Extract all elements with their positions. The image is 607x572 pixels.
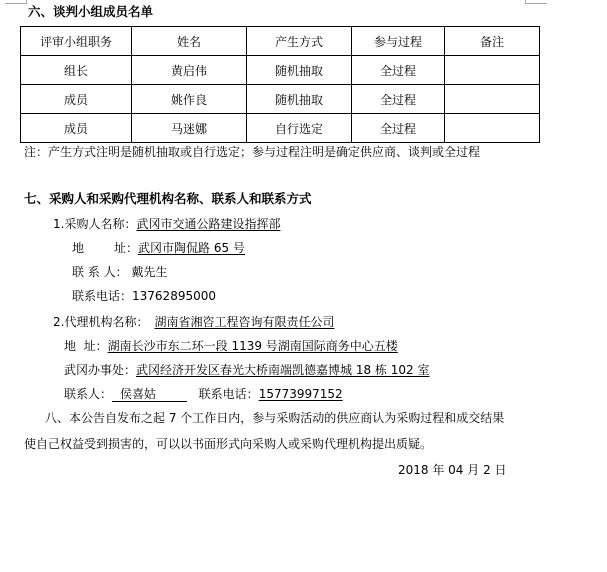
header-selection-method: 产生方式 [247, 27, 352, 56]
cell-name: 马迷娜 [132, 114, 247, 143]
purchaser-address-value: 武冈市陶侃路 65 号 [138, 241, 245, 255]
cell-participation: 全过程 [352, 85, 445, 114]
section-7-title: 七、采购人和采购代理机构名称、联系人和联系方式 [24, 189, 312, 207]
page-corner-mark-right [525, 0, 547, 4]
agency-name-line: 2.代理机构名称：湖南省湘咨工程咨询有限责任公司 [53, 314, 334, 330]
purchaser-address-label-b: 址： [114, 241, 138, 255]
agency-address-line: 地 址：湖南长沙市东二环一段 1139 号湖南国际商务中心五楼 [64, 338, 398, 354]
announcement-date: 2018 年 04 月 2 日 [398, 462, 507, 478]
purchaser-name-line: 1.采购人名称：武冈市交通公路建设指挥部 [53, 216, 280, 232]
agency-address-value: 湖南长沙市东二环一段 1139 号湖南国际商务中心五楼 [108, 339, 398, 353]
page-corner-mark-left [5, 0, 27, 4]
header-name: 姓名 [132, 27, 247, 56]
purchaser-phone-label: 联系电话： [72, 289, 132, 303]
panel-members-table: 评审小组职务 姓名 产生方式 参与过程 备注 组长 黄启伟 随机抽取 全过程 成… [20, 26, 540, 143]
agency-contact-line: 联系人：侯喜姑 联系电话：15773997152 [64, 386, 343, 402]
section-8-line-1: 八、本公告自发布之起 7 个工作日内，参与采购活动的供应商认为采购过程和成交结果 [45, 410, 504, 426]
cell-name: 黄启伟 [132, 56, 247, 85]
cell-role: 组长 [21, 56, 132, 85]
agency-office-line: 武冈办事处：武冈经济开发区春光大桥南端凯德嘉博城 18 栋 102 室 [64, 362, 435, 378]
agency-office-value: 武冈经济开发区春光大桥南端凯德嘉博城 18 栋 102 室 [136, 363, 435, 377]
table-row: 组长 黄启伟 随机抽取 全过程 [21, 56, 540, 85]
cell-remarks [445, 85, 540, 114]
header-role: 评审小组职务 [21, 27, 132, 56]
cell-name: 姚作良 [132, 85, 247, 114]
purchaser-address-label-a: 地 [72, 241, 84, 255]
section-6-title: 六、谈判小组成员名单 [28, 2, 153, 20]
purchaser-contact-label: 联 系 人： [72, 265, 128, 279]
table-row: 成员 姚作良 随机抽取 全过程 [21, 85, 540, 114]
purchaser-address-line: 地址：武冈市陶侃路 65 号 [72, 240, 245, 256]
cell-remarks [445, 56, 540, 85]
agency-name-value: 湖南省湘咨工程咨询有限责任公司 [148, 315, 334, 329]
cell-selection-method: 自行选定 [247, 114, 352, 143]
table-note: 注：产生方式注明是随机抽取或自行选定；参与过程注明是确定供应商、谈判或全过程 [24, 143, 480, 160]
purchaser-name-value: 武冈市交通公路建设指挥部 [136, 217, 280, 231]
purchaser-phone-value: 13762895000 [132, 289, 216, 303]
cell-role: 成员 [21, 114, 132, 143]
cell-selection-method: 随机抽取 [247, 56, 352, 85]
purchaser-phone-line: 联系电话：13762895000 [72, 288, 216, 304]
cell-participation: 全过程 [352, 114, 445, 143]
purchaser-contact-value: 戴先生 [131, 265, 167, 279]
table-header-row: 评审小组职务 姓名 产生方式 参与过程 备注 [21, 27, 540, 56]
purchaser-name-label: 1.采购人名称： [53, 217, 136, 231]
agency-phone-label: 联系电话： [199, 387, 259, 401]
header-remarks: 备注 [445, 27, 540, 56]
agency-name-label: 2.代理机构名称： [53, 315, 148, 329]
cell-participation: 全过程 [352, 56, 445, 85]
agency-address-label: 地 址： [64, 339, 108, 353]
agency-contact-value: 侯喜姑 [112, 387, 187, 402]
table-row: 成员 马迷娜 自行选定 全过程 [21, 114, 540, 143]
cell-role: 成员 [21, 85, 132, 114]
cell-selection-method: 随机抽取 [247, 85, 352, 114]
purchaser-contact-line: 联 系 人： 戴先生 [72, 264, 167, 280]
agency-phone-value: 15773997152 [259, 387, 343, 401]
cell-remarks [445, 114, 540, 143]
header-participation: 参与过程 [352, 27, 445, 56]
agency-office-label: 武冈办事处： [64, 363, 136, 377]
agency-contact-label: 联系人： [64, 387, 112, 401]
section-8-line-2: 使自己权益受到损害的，可以以书面形式向采购人或采购代理机构提出质疑。 [24, 436, 432, 452]
